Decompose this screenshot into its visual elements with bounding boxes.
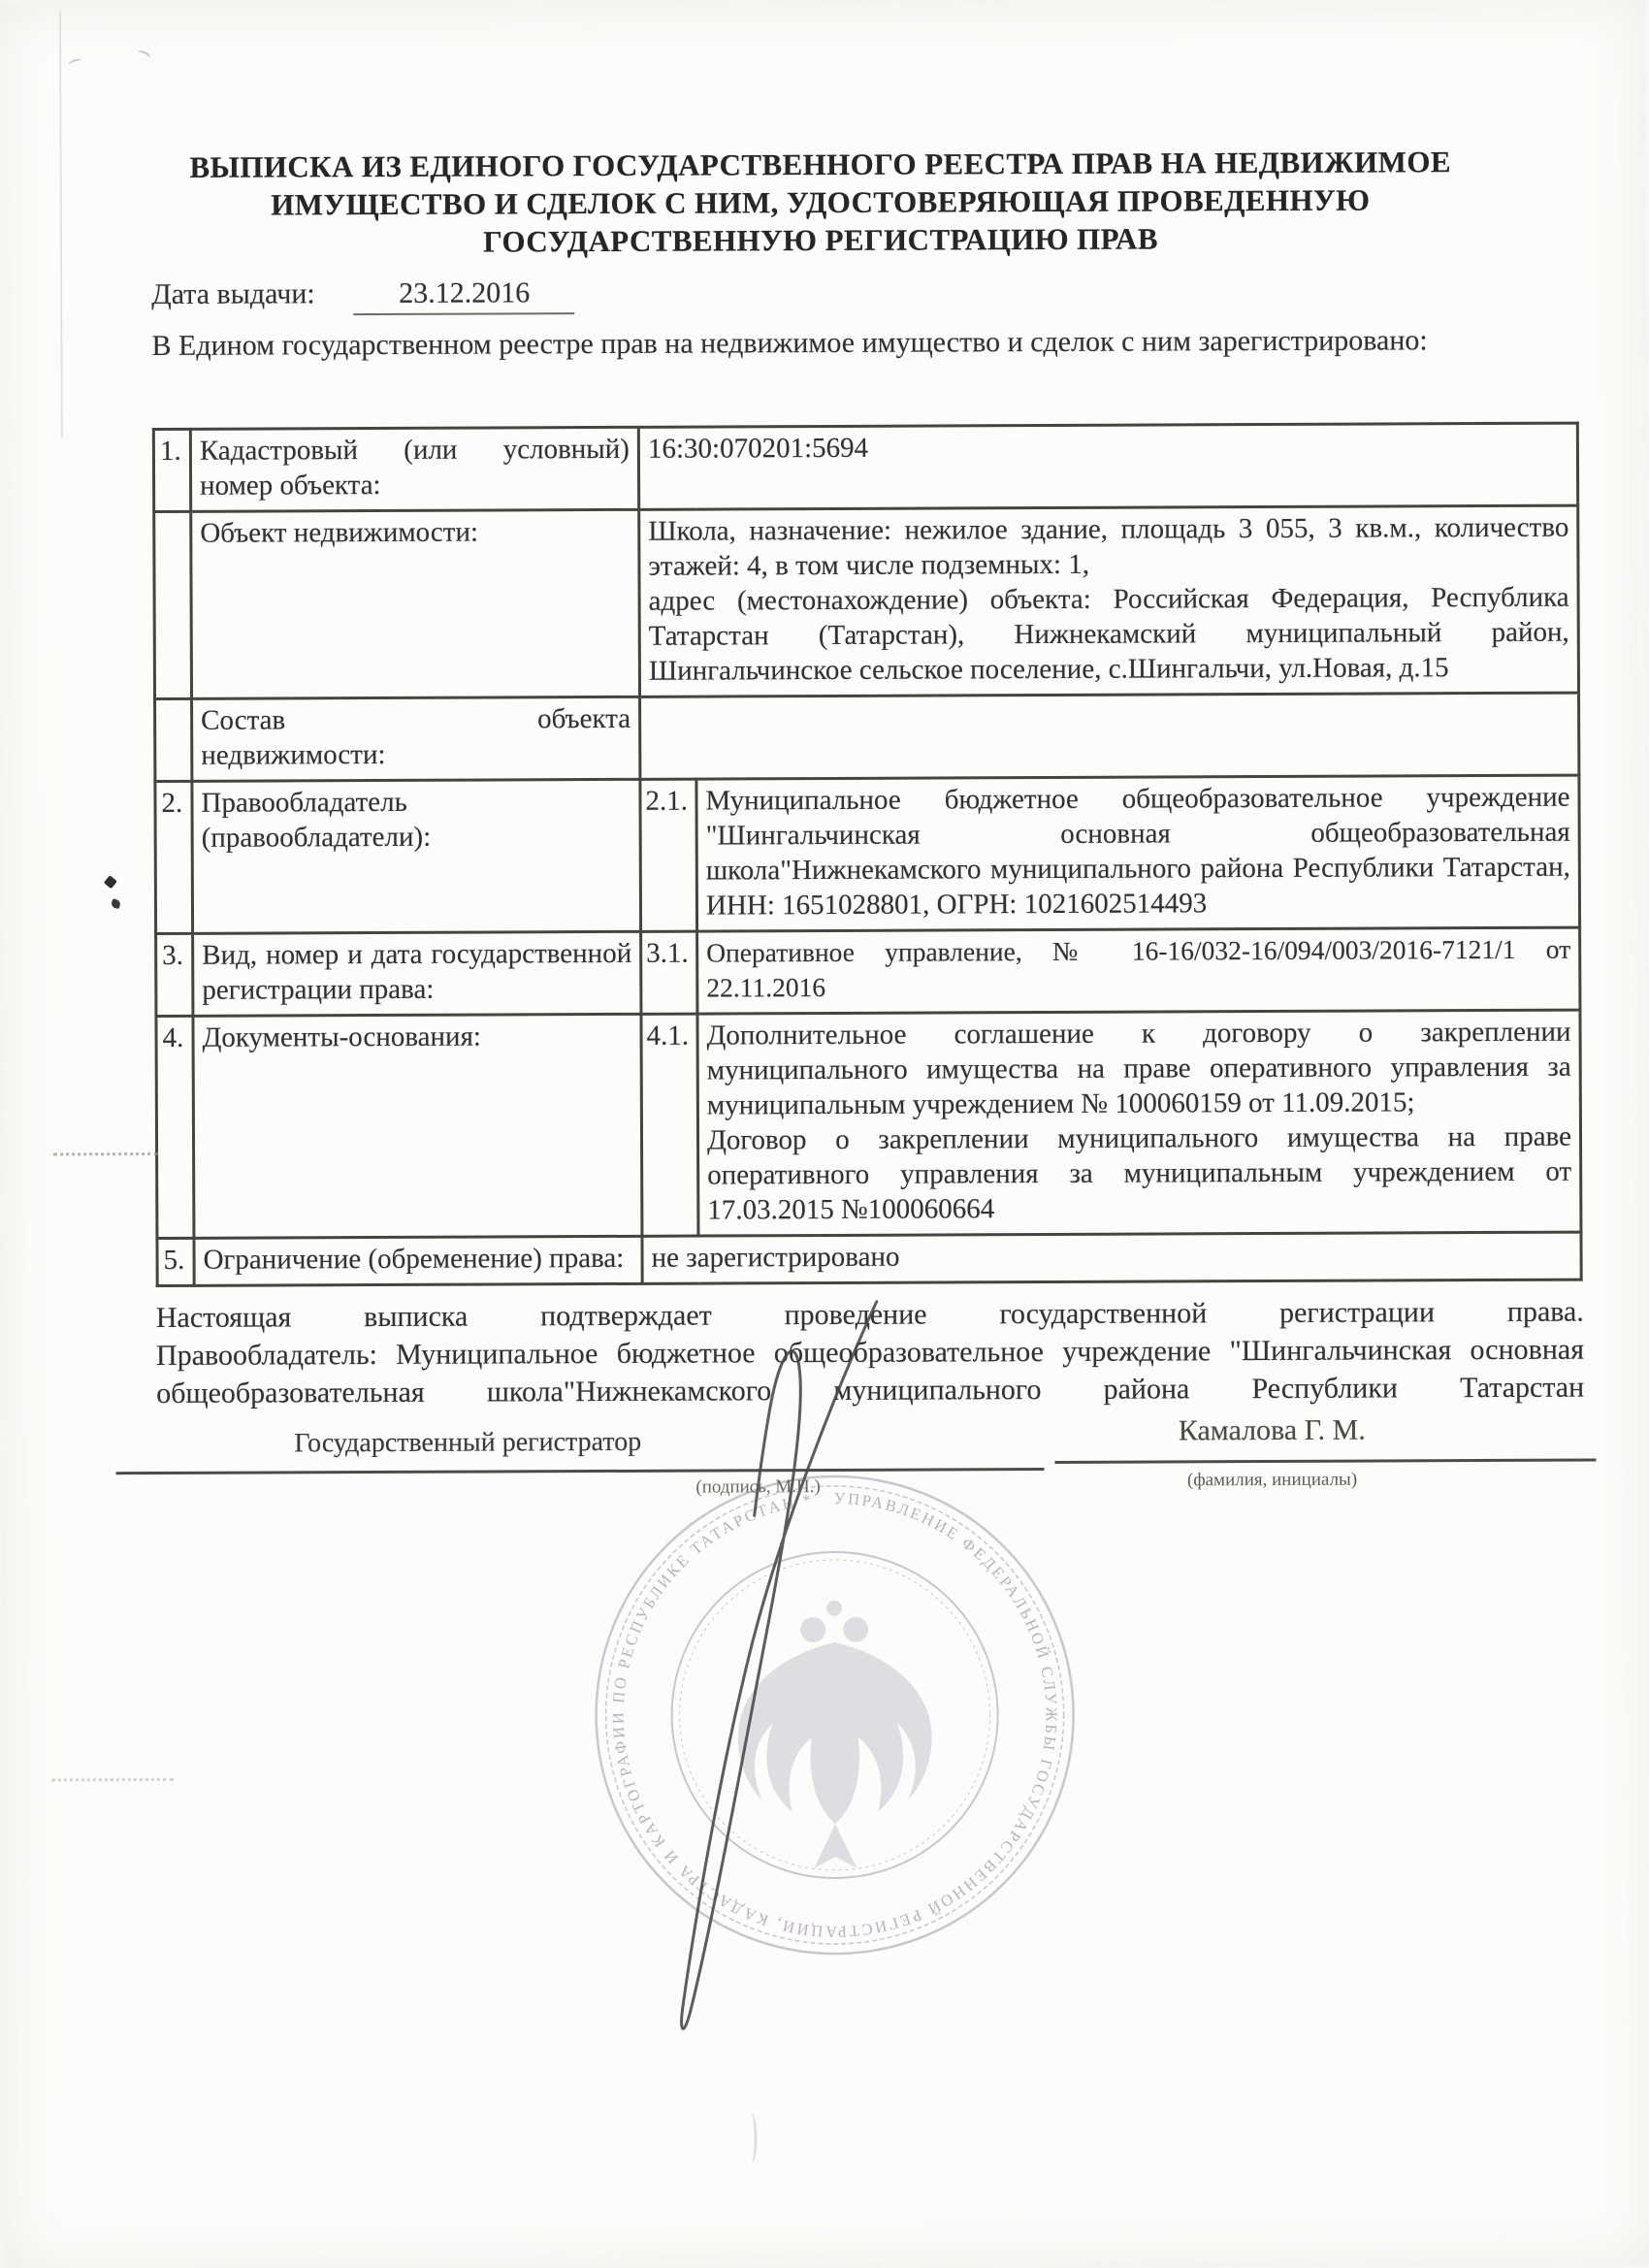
row-label: Состав объекта недвижимости: xyxy=(192,697,640,781)
official-seal-icon: УПРАВЛЕНИЕ ФЕДЕРАЛЬНОЙ СЛУЖБЫ ГОСУДАРСТВ… xyxy=(562,1442,1107,1988)
row-number: 3. xyxy=(156,933,193,1016)
row-number: 4. xyxy=(156,1016,194,1238)
table-row: 3. Вид, номер и дата государственной рег… xyxy=(156,927,1580,1016)
row-subnumber: 3.1. xyxy=(641,931,697,1014)
row-number: 5. xyxy=(157,1238,194,1285)
row-value xyxy=(640,693,1579,779)
name-caption: (фамилия, инициалы) xyxy=(1069,1469,1476,1492)
row-label: Вид, номер и дата государственной регист… xyxy=(193,931,641,1016)
sign-caption: (подпись, М.П.) xyxy=(623,1476,894,1499)
table-row: 5. Ограничение (обременение) права: не з… xyxy=(157,1232,1581,1285)
registry-table: 1. Кадастровый (или условный) номер объе… xyxy=(152,422,1583,1287)
title-line-3: ГОСУДАРСТВЕННУЮ РЕГИСТРАЦИЮ ПРАВ xyxy=(0,217,1645,262)
registrar-name: Камалова Г. М. xyxy=(1068,1413,1475,1448)
table-row: Объект недвижимости: Школа, назначение: … xyxy=(154,505,1579,698)
row-number: 2. xyxy=(155,781,193,933)
row-value: Школа, назначение: нежилое здание, площа… xyxy=(639,505,1579,697)
row-value: Муниципальное бюджетное общеобразователь… xyxy=(696,775,1580,931)
issue-date-label: Дата выдачи: xyxy=(151,277,315,310)
intro-paragraph: В Едином государственном реестре прав на… xyxy=(151,321,1579,365)
row-label: Кадастровый (или условный) номер объекта… xyxy=(190,427,638,511)
table-row: 4. Документы-основания: 4.1. Дополнитель… xyxy=(156,1010,1581,1238)
table-row: Состав объекта недвижимости: xyxy=(155,693,1579,781)
row-subnumber: 4.1. xyxy=(641,1014,698,1236)
scan-artifact xyxy=(111,898,121,909)
row-label: Правообладатель (правообладатели): xyxy=(192,779,641,933)
document-title: ВЫПИСКА ИЗ ЕДИНОГО ГОСУДАРСТВЕННОГО РЕЕС… xyxy=(0,142,1645,262)
row-value: Оперативное управление, № 16-16/032-16/0… xyxy=(697,927,1580,1014)
issue-date-value: 23.12.2016 xyxy=(354,276,575,315)
row-label: Документы-основания: xyxy=(193,1014,642,1238)
row-number xyxy=(155,698,192,781)
row-value: не зарегистрировано xyxy=(642,1232,1581,1283)
scan-artifact xyxy=(53,1152,158,1155)
row-value: Дополнительное соглашение к договору о з… xyxy=(697,1010,1581,1236)
name-line xyxy=(1054,1459,1596,1464)
row-number xyxy=(154,511,192,698)
issue-date-row: Дата выдачи:23.12.2016 xyxy=(151,276,575,316)
scan-artifact xyxy=(68,57,82,67)
scan-artifact xyxy=(104,875,117,889)
scan-artifact xyxy=(51,1778,174,1782)
closing-paragraph: Настоящая выписка подтверждает проведени… xyxy=(156,1293,1584,1412)
row-label: Объект недвижимости: xyxy=(191,509,640,698)
row-value: 16:30:070201:5694 xyxy=(638,423,1577,509)
scanned-page: ВЫПИСКА ИЗ ЕДИНОГО ГОСУДАРСТВЕННОГО РЕЕС… xyxy=(0,0,1649,2268)
row-subnumber: 2.1. xyxy=(640,779,697,931)
table-row: 2. Правообладатель (правообладатели): 2.… xyxy=(155,775,1580,933)
row-number: 1. xyxy=(153,429,190,511)
title-line-1: ВЫПИСКА ИЗ ЕДИНОГО ГОСУДАРСТВЕННОГО РЕЕС… xyxy=(0,142,1645,186)
row-label: Ограничение (обременение) права: xyxy=(194,1236,642,1285)
double-eagle-emblem xyxy=(737,1601,932,1869)
table-row: 1. Кадастровый (или условный) номер объе… xyxy=(153,423,1577,511)
scan-artifact xyxy=(136,49,151,61)
scan-artifact xyxy=(745,2113,757,2163)
